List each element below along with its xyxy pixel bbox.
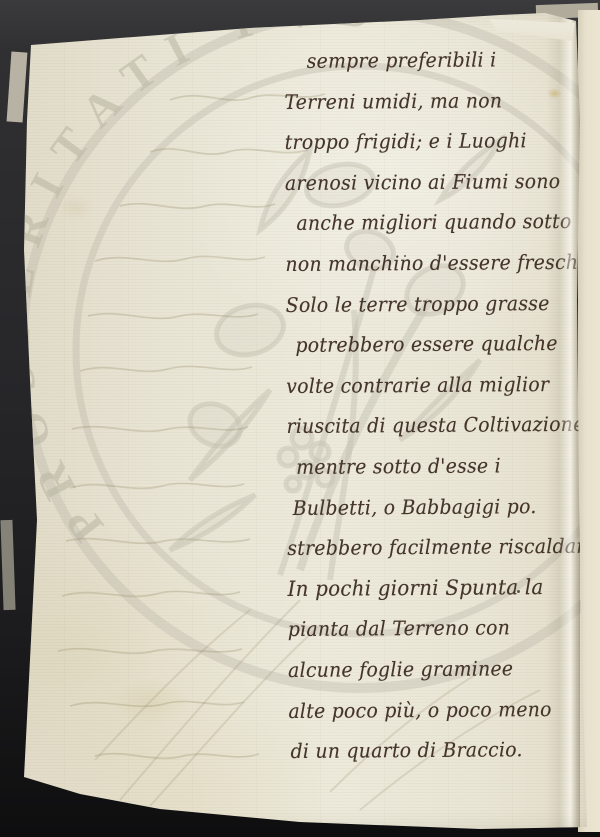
- manuscript-line: alte poco più, o poco meno: [288, 688, 570, 731]
- manuscript-line: riuscita di questa Coltivazione: [286, 404, 568, 447]
- ink-speck: [404, 255, 406, 257]
- manuscript-page: PROSPERITATI PVB: [0, 0, 600, 837]
- manuscript-line: In pochi giorni Spunta la: [287, 567, 569, 610]
- manuscript-line: non manchino d'essere freschi.: [285, 242, 567, 285]
- bleedthrough-writing: [0, 0, 600, 837]
- paper-stain: [55, 195, 95, 221]
- watermark-seal: PROSPERITATI PVB: [10, 10, 600, 710]
- manuscript-line: anche migliori quando sotto: [285, 201, 567, 244]
- watermark-arc-text: PROSPERITATI PVB: [10, 10, 389, 551]
- manuscript-line: Bulbetti, o Babbagigi po.: [287, 485, 569, 528]
- manuscript-line: pianta dal Terreno con: [288, 607, 570, 650]
- manuscript-line: strebbero facilmente riscaldare.: [287, 526, 569, 569]
- manuscript-line: sempre preferibili i: [284, 39, 566, 82]
- paper-stain: [110, 678, 190, 726]
- watermark-floral-ornament: [170, 140, 500, 580]
- manuscript-line: alcune foglie graminee: [288, 648, 570, 691]
- manuscript-text: sempre preferibili i Terreni umidi, ma n…: [284, 39, 571, 772]
- page-fold-crease: [546, 16, 580, 828]
- ink-speck: [517, 590, 520, 593]
- manuscript-line: mentre sotto d'esse i: [287, 445, 569, 488]
- manuscript-line: Terreni umidi, ma non: [284, 79, 566, 122]
- paper-stain: [547, 88, 562, 99]
- manuscript-line: Solo le terre troppo grasse: [286, 282, 568, 325]
- manuscript-line: troppo frigidi; e i Luoghi: [285, 120, 567, 163]
- manuscript-line: arenosi vicino ai Fiumi sono: [285, 161, 567, 204]
- manuscript-line: potrebbero essere qualche: [286, 323, 568, 366]
- manuscript-line: volte contrarie alla miglior: [286, 364, 568, 407]
- manuscript-line: di un quarto di Braccio.: [289, 729, 571, 772]
